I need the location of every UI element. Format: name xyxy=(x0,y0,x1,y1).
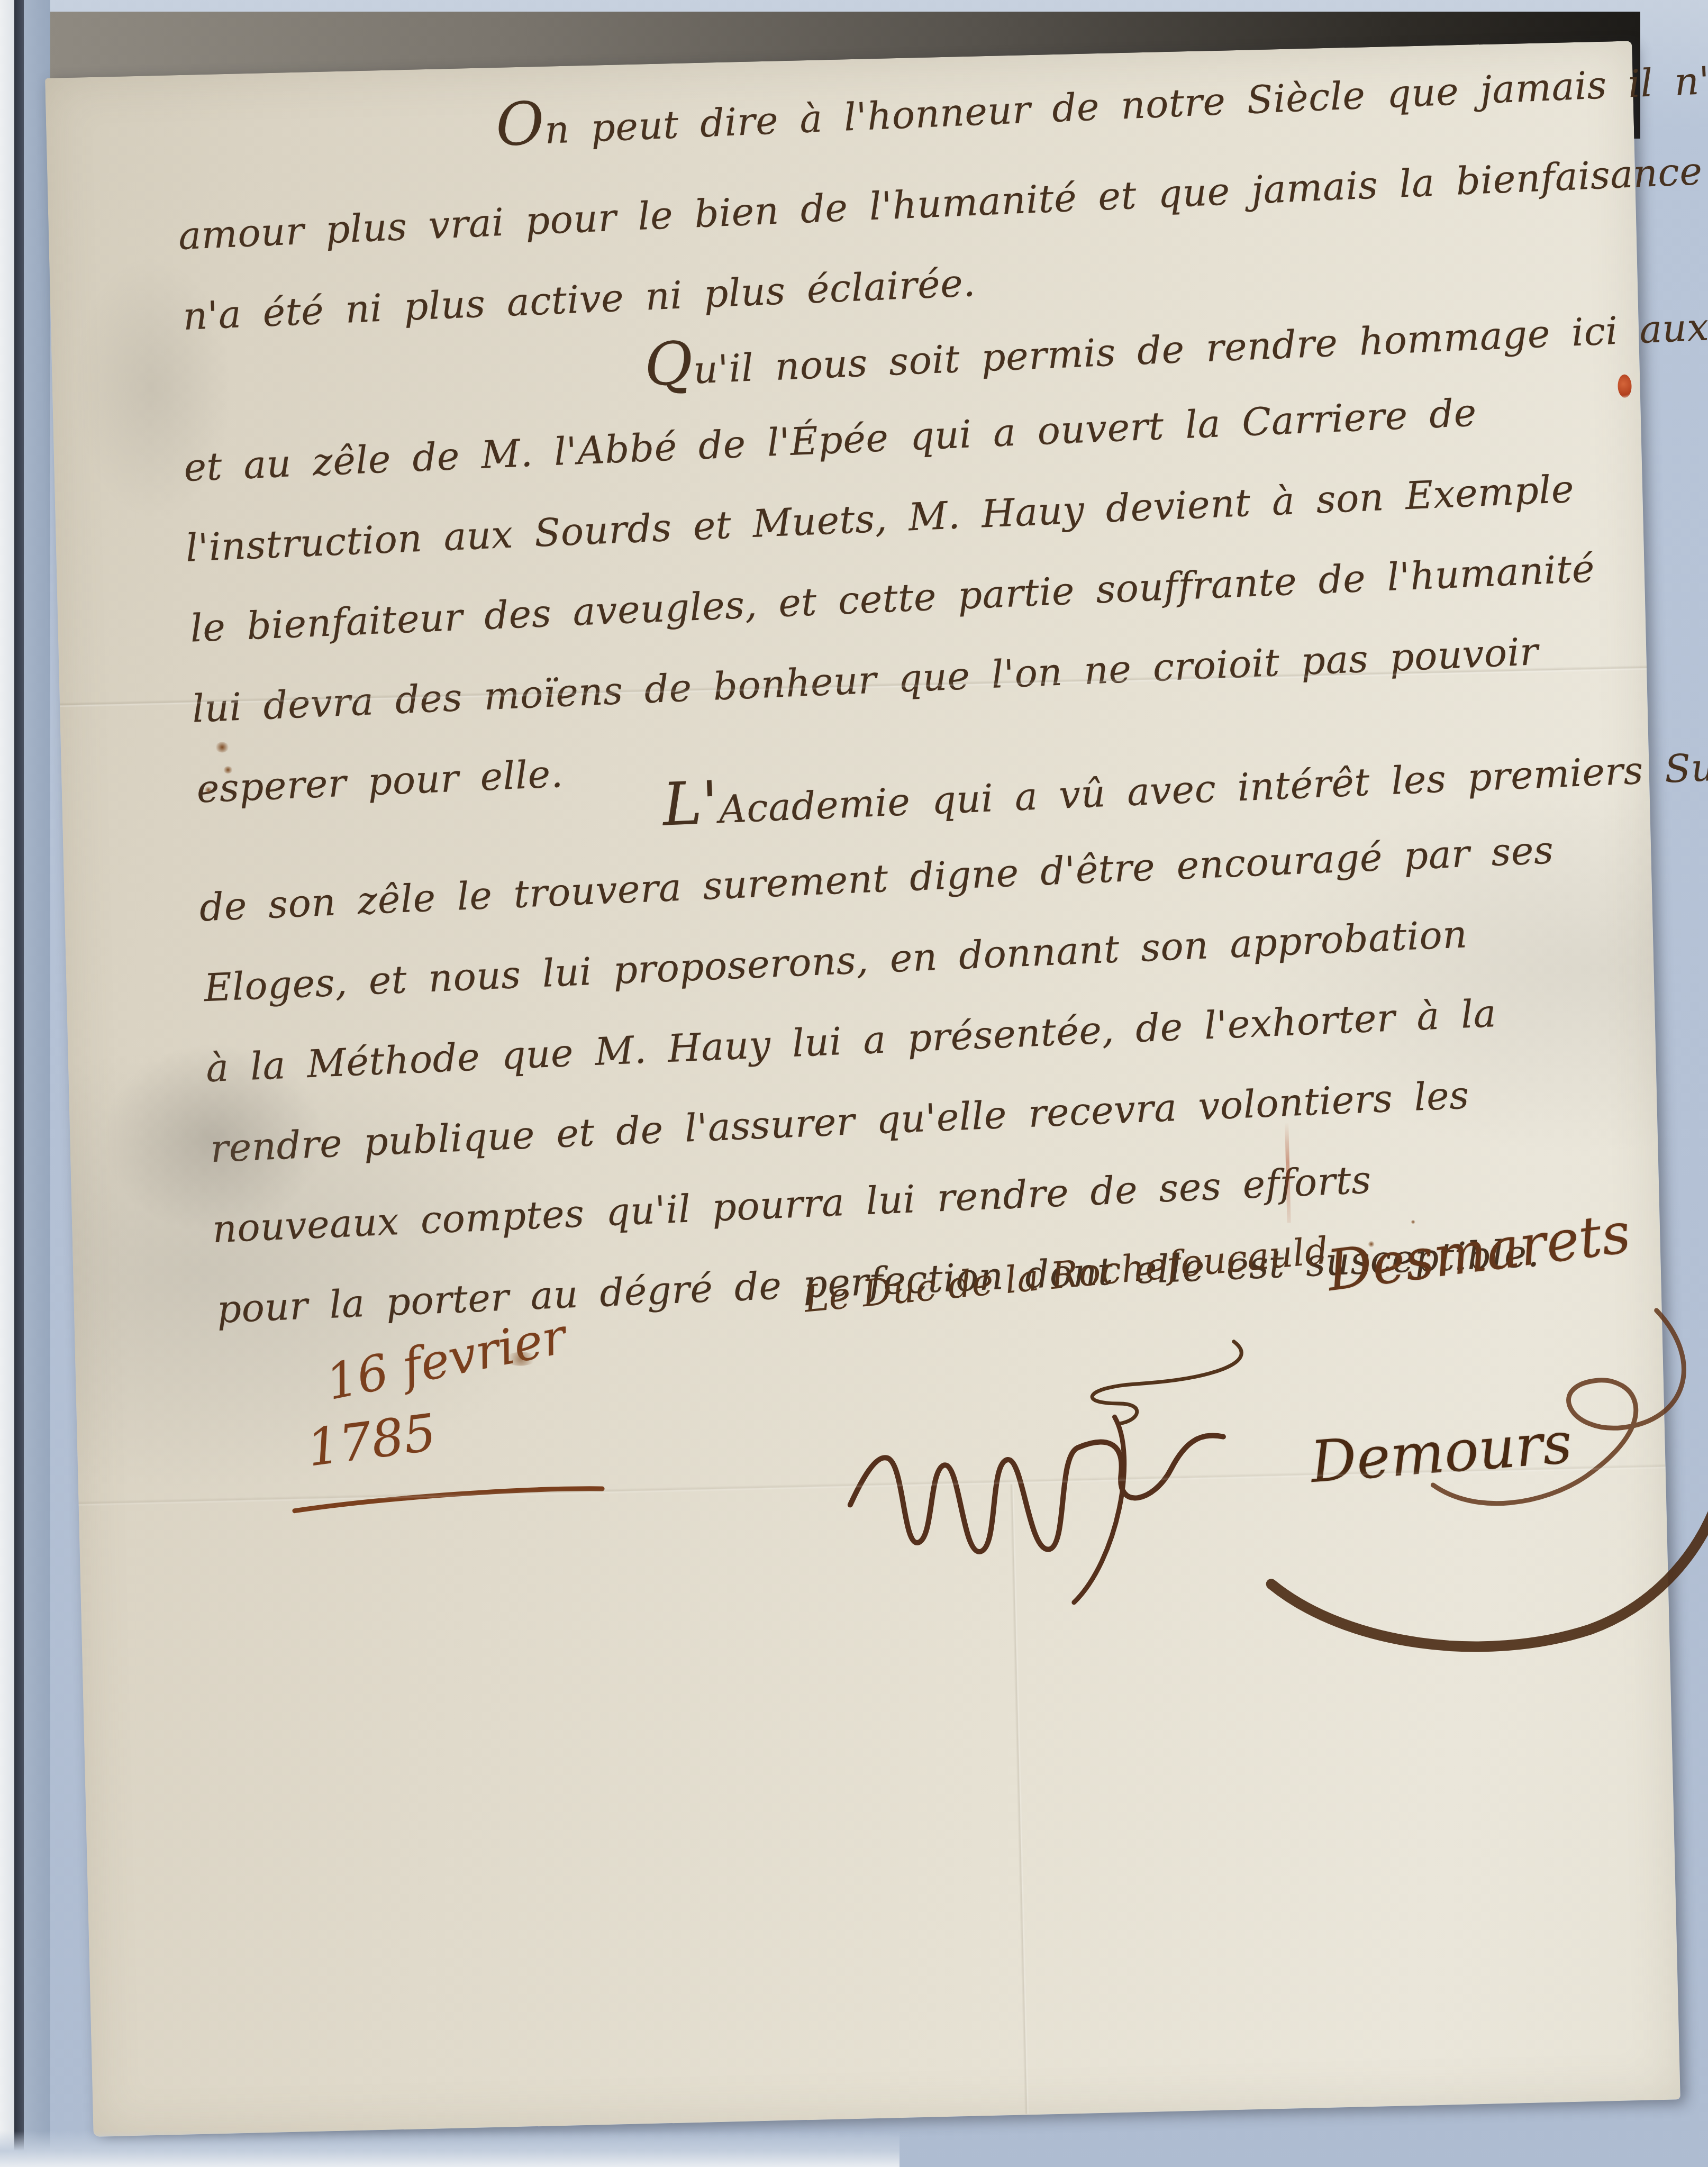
manuscript-line: de son zêle le trouvera surement digne d… xyxy=(198,827,1555,930)
sleeve-edge-bottom xyxy=(0,2131,900,2167)
photo-of-manuscript: On peut dire à l'honneur de notre Siècle… xyxy=(0,0,1708,2167)
manuscript-line: amour plus vrai pour le bien de l'humani… xyxy=(177,149,1703,258)
signature-desmarets: Desmarets xyxy=(1323,1200,1634,1304)
manuscript-line: L'Academie qui a vû avec intérêt les pre… xyxy=(662,741,1708,834)
manuscript-line: On peut dire à l'honneur de notre Siècle… xyxy=(495,48,1708,154)
manuscript-line: et au zêle de M. l'Abbé de l'Épée qui a … xyxy=(183,390,1478,490)
sleeve-edge-left-inner xyxy=(24,0,50,2167)
date-annotation-year: 1785 xyxy=(304,1403,440,1478)
manuscript-page: On peut dire à l'honneur de notre Siècle… xyxy=(45,41,1680,2137)
manuscript-line: le bienfaiteur des aveugles, et cette pa… xyxy=(189,546,1596,650)
manuscript-line: à la Méthode que M. Hauy lui a présentée… xyxy=(205,991,1497,1090)
manuscript-line: l'instruction aux Sourds et Muets, M. Ha… xyxy=(185,467,1575,570)
signature-rochefoucauld: Le Duc de la Rochefoucauld xyxy=(802,1228,1330,1321)
wax-stain-right-edge xyxy=(1618,375,1632,398)
sleeve-edge-left-dark xyxy=(14,0,24,2167)
rust-speck xyxy=(215,742,229,753)
manuscript-line: lui devra des moïens de bonheur que l'on… xyxy=(191,629,1539,731)
manuscript-line: Eloges, et nous lui proposerons, en donn… xyxy=(203,912,1468,1010)
demours-swoosh-flourish xyxy=(1259,1499,1708,1685)
ink-spatter xyxy=(1411,1220,1415,1224)
manuscript-line: Qu'il nous soit permis de rendre hommage… xyxy=(644,298,1708,395)
manuscript-line: nouveaux comptes qu'il pourra lui rendre… xyxy=(212,1157,1373,1251)
signature-vicq-dazyr xyxy=(824,1372,1259,1638)
manuscript-line: rendre publique et de l'assurer qu'elle … xyxy=(210,1072,1470,1171)
manuscript-line: n'a été ni plus active ni plus éclairée. xyxy=(182,260,976,339)
sleeve-edge-left-outer xyxy=(0,0,14,2167)
manuscript-line: esperer pour elle. xyxy=(196,751,564,812)
